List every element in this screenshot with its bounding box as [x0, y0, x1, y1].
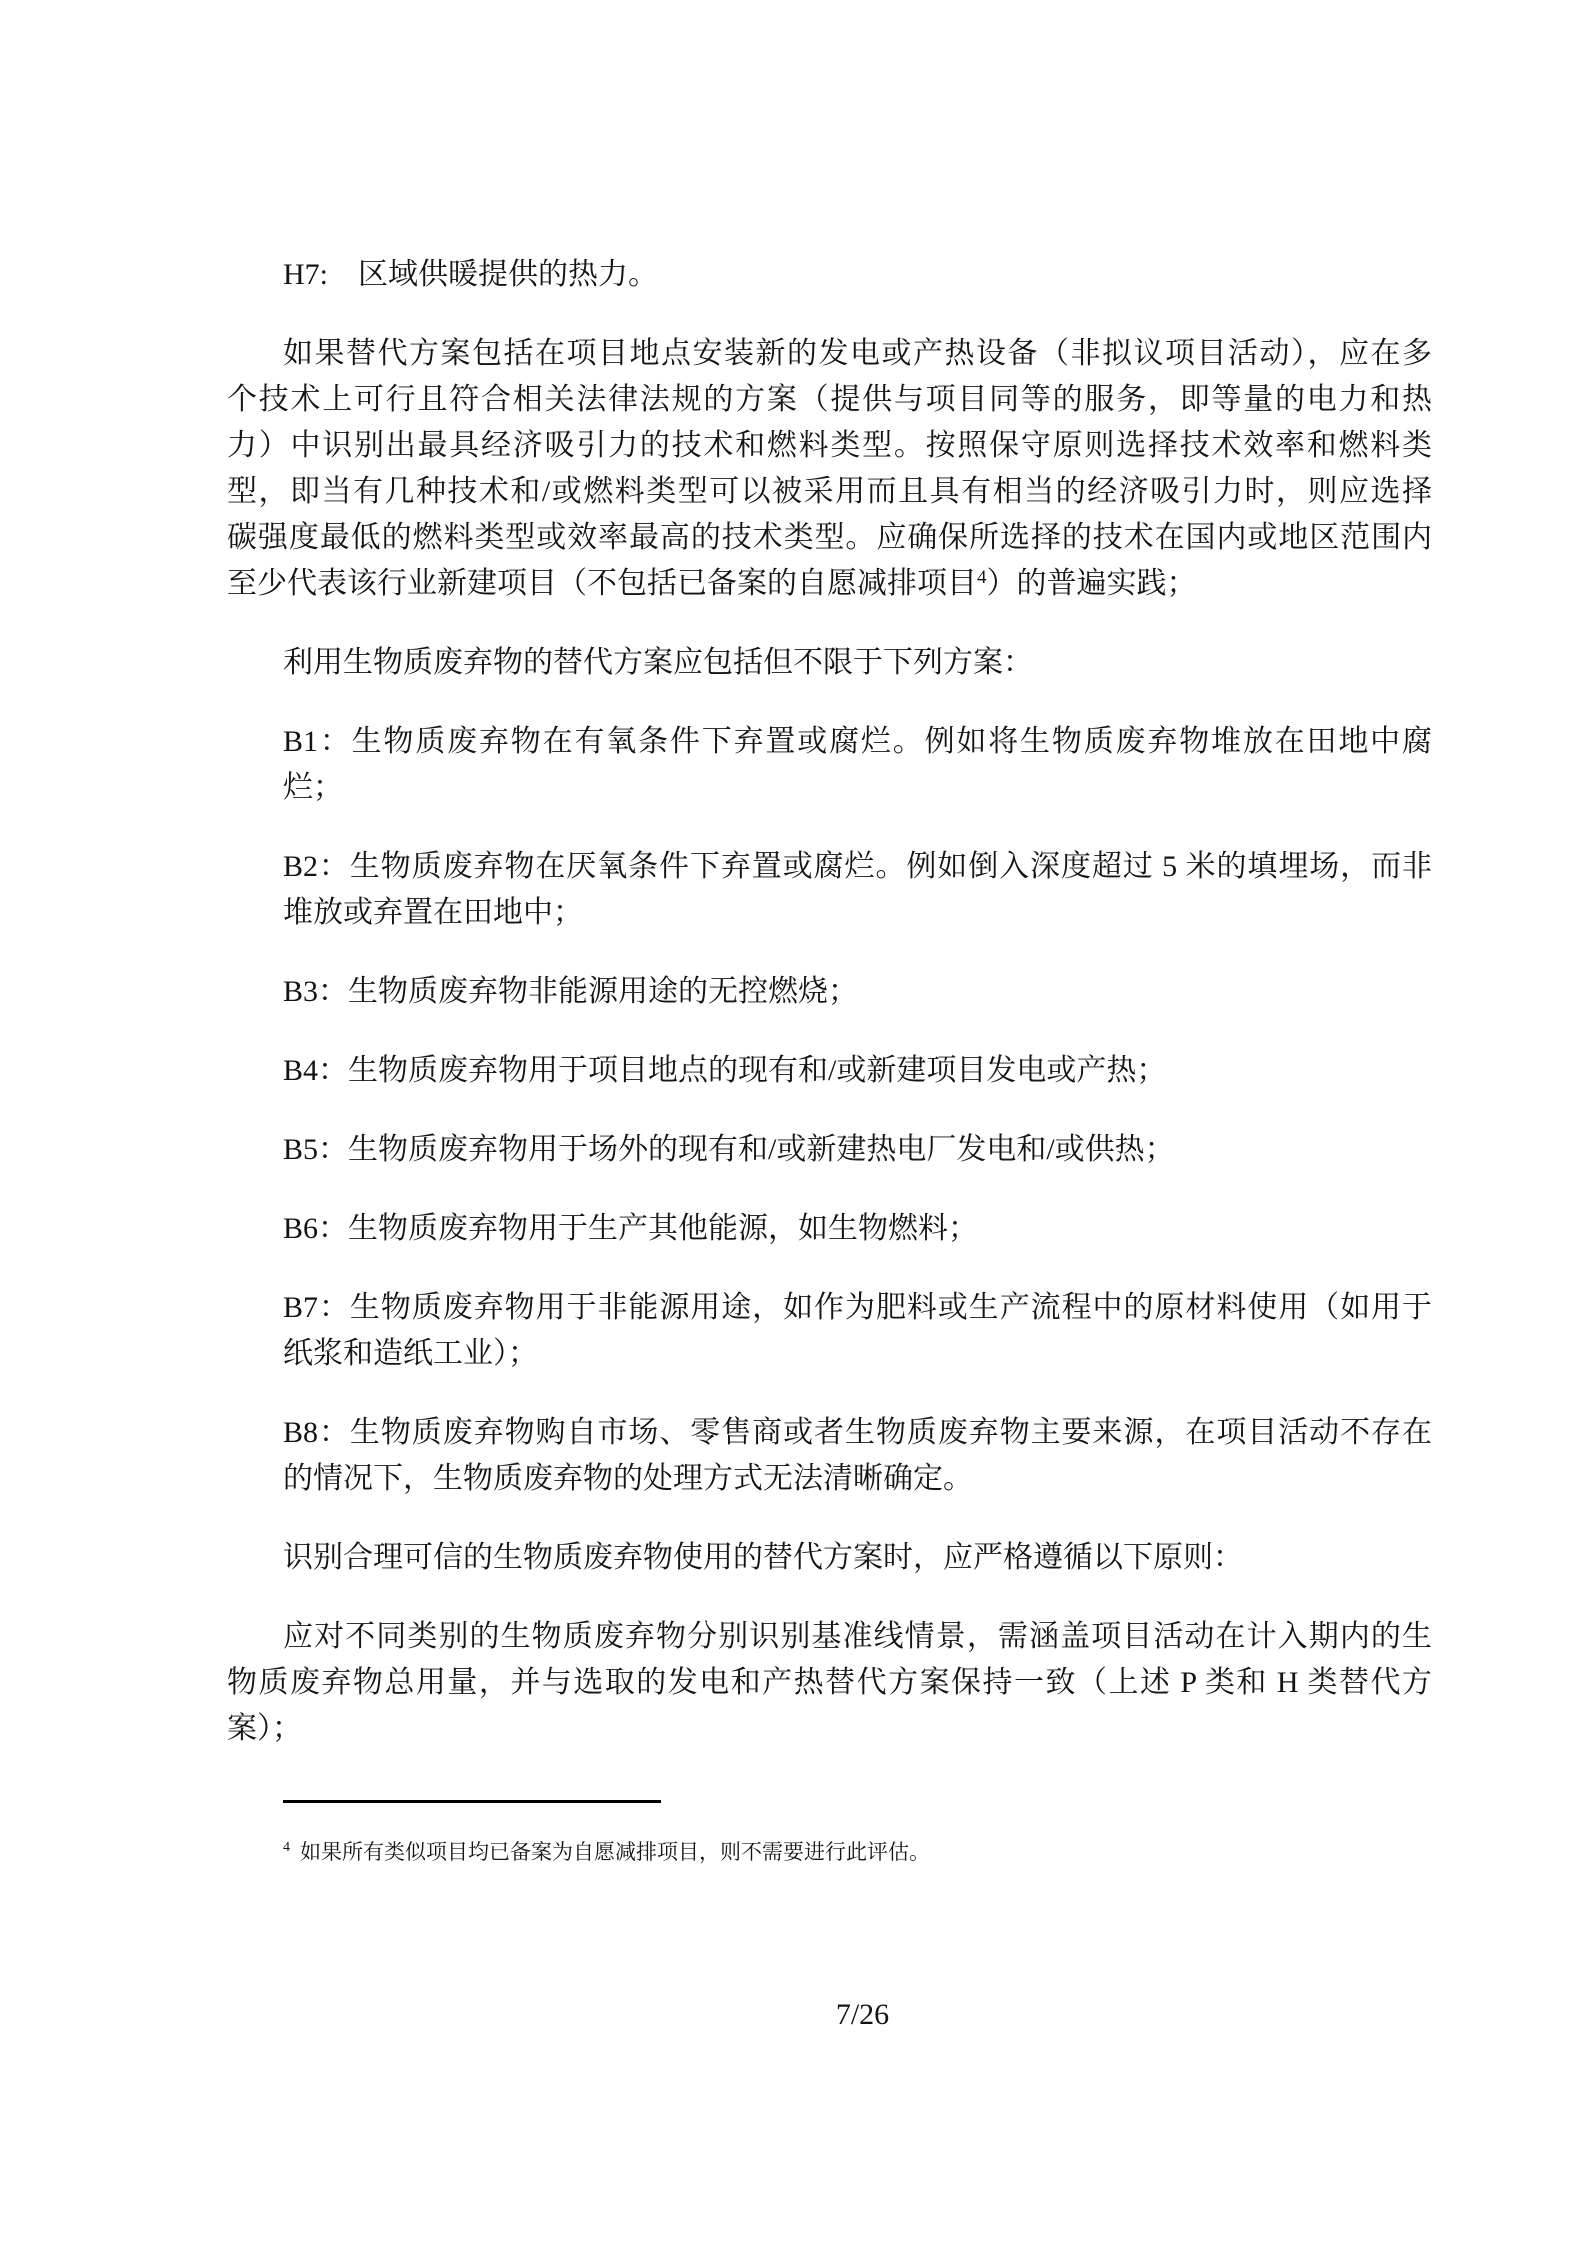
list-item-b5: B5：生物质废弃物用于场外的现有和/或新建热电厂发电和/或供热；: [283, 1127, 1432, 1173]
list-item-line: 纸浆和造纸工业）；: [283, 1331, 1432, 1377]
paragraph-line: 力）中识别出最具经济吸引力的技术和燃料类型。按照保守原则选择技术效率和燃料类: [227, 423, 1432, 469]
document-body: H7: 区域供暖提供的热力。 如果替代方案包括在项目地点安装新的发电或产热设备（…: [227, 252, 1432, 1785]
page-number: 7/26: [227, 1995, 1432, 2035]
line-text: ）的普遍实践；: [987, 567, 1197, 600]
paragraph-alternatives: 如果替代方案包括在项目地点安装新的发电或产热设备（非拟议项目活动），应在多 个技…: [227, 331, 1432, 607]
paragraph-line: 型，即当有几种技术和/或燃料类型可以被采用而且具有相当的经济吸引力时，则应选择: [227, 469, 1432, 515]
list-item-line: 堆放或弃置在田地中；: [283, 890, 1432, 936]
list-item-line: B8：生物质废弃物购自市场、零售商或者生物质废弃物主要来源，在项目活动不存在: [283, 1410, 1432, 1456]
paragraph-line: 案）；: [227, 1706, 1432, 1752]
list-item-line: B7：生物质废弃物用于非能源用途，如作为肥料或生产流程中的原材料使用（如用于: [283, 1285, 1432, 1331]
paragraph-line: 物质废弃物总用量，并与选取的发电和产热替代方案保持一致（上述 P 类和 H 类替…: [227, 1660, 1432, 1706]
list-item-line: B2：生物质废弃物在厌氧条件下弃置或腐烂。例如倒入深度超过 5 米的填埋场，而非: [283, 844, 1432, 890]
paragraph-line: 碳强度最低的燃料类型或效率最高的技术类型。应确保所选择的技术在国内或地区范围内: [227, 515, 1432, 561]
paragraph-line: 应对不同类别的生物质废弃物分别识别基准线情景，需涵盖项目活动在计入期内的生: [227, 1614, 1432, 1660]
list-item-line: B1：生物质废弃物在有氧条件下弃置或腐烂。例如将生物质废弃物堆放在田地中腐: [283, 719, 1432, 765]
paragraph-apply: 应对不同类别的生物质废弃物分别识别基准线情景，需涵盖项目活动在计入期内的生 物质…: [227, 1614, 1432, 1752]
footnote-ref-4: 4: [977, 567, 987, 588]
list-item-b7: B7：生物质废弃物用于非能源用途，如作为肥料或生产流程中的原材料使用（如用于 纸…: [283, 1285, 1432, 1377]
list-item-b8: B8：生物质废弃物购自市场、零售商或者生物质废弃物主要来源，在项目活动不存在 的…: [283, 1410, 1432, 1502]
paragraph-line: 至少代表该行业新建项目（不包括已备案的自愿减排项目4）的普遍实践；: [227, 561, 1432, 607]
list-item-line: 的情况下，生物质废弃物的处理方式无法清晰确定。: [283, 1456, 1432, 1502]
paragraph-intro: 利用生物质废弃物的替代方案应包括但不限于下列方案：: [227, 640, 1432, 686]
paragraph-identify: 识别合理可信的生物质废弃物使用的替代方案时，应严格遵循以下原则：: [227, 1535, 1432, 1581]
paragraph-line: 如果替代方案包括在项目地点安装新的发电或产热设备（非拟议项目活动），应在多: [227, 331, 1432, 377]
line-text: 至少代表该行业新建项目（不包括已备案的自愿减排项目: [227, 567, 977, 600]
footnote-marker: 4: [283, 1840, 290, 1855]
footnote-text: 如果所有类似项目均已备案为自愿减排项目，则不需要进行此评估。: [300, 1840, 930, 1864]
document-page: H7: 区域供暖提供的热力。 如果替代方案包括在项目地点安装新的发电或产热设备（…: [0, 0, 1587, 2245]
h7-line: H7: 区域供暖提供的热力。: [227, 252, 1432, 298]
footnote: 4如果所有类似项目均已备案为自愿减排项目，则不需要进行此评估。: [283, 1836, 930, 1868]
paragraph-line: 个技术上可行且符合相关法律法规的方案（提供与项目同等的服务，即等量的电力和热: [227, 377, 1432, 423]
footnote-rule: [283, 1800, 661, 1803]
list-item-b4: B4：生物质废弃物用于项目地点的现有和/或新建项目发电或产热；: [283, 1048, 1432, 1094]
list-item-b3: B3：生物质废弃物非能源用途的无控燃烧；: [283, 969, 1432, 1015]
list-item-line: 烂；: [283, 765, 1432, 811]
list-item-b6: B6：生物质废弃物用于生产其他能源，如生物燃料；: [283, 1206, 1432, 1252]
list-item-b2: B2：生物质废弃物在厌氧条件下弃置或腐烂。例如倒入深度超过 5 米的填埋场，而非…: [283, 844, 1432, 936]
list-item-b1: B1：生物质废弃物在有氧条件下弃置或腐烂。例如将生物质废弃物堆放在田地中腐 烂；: [283, 719, 1432, 811]
